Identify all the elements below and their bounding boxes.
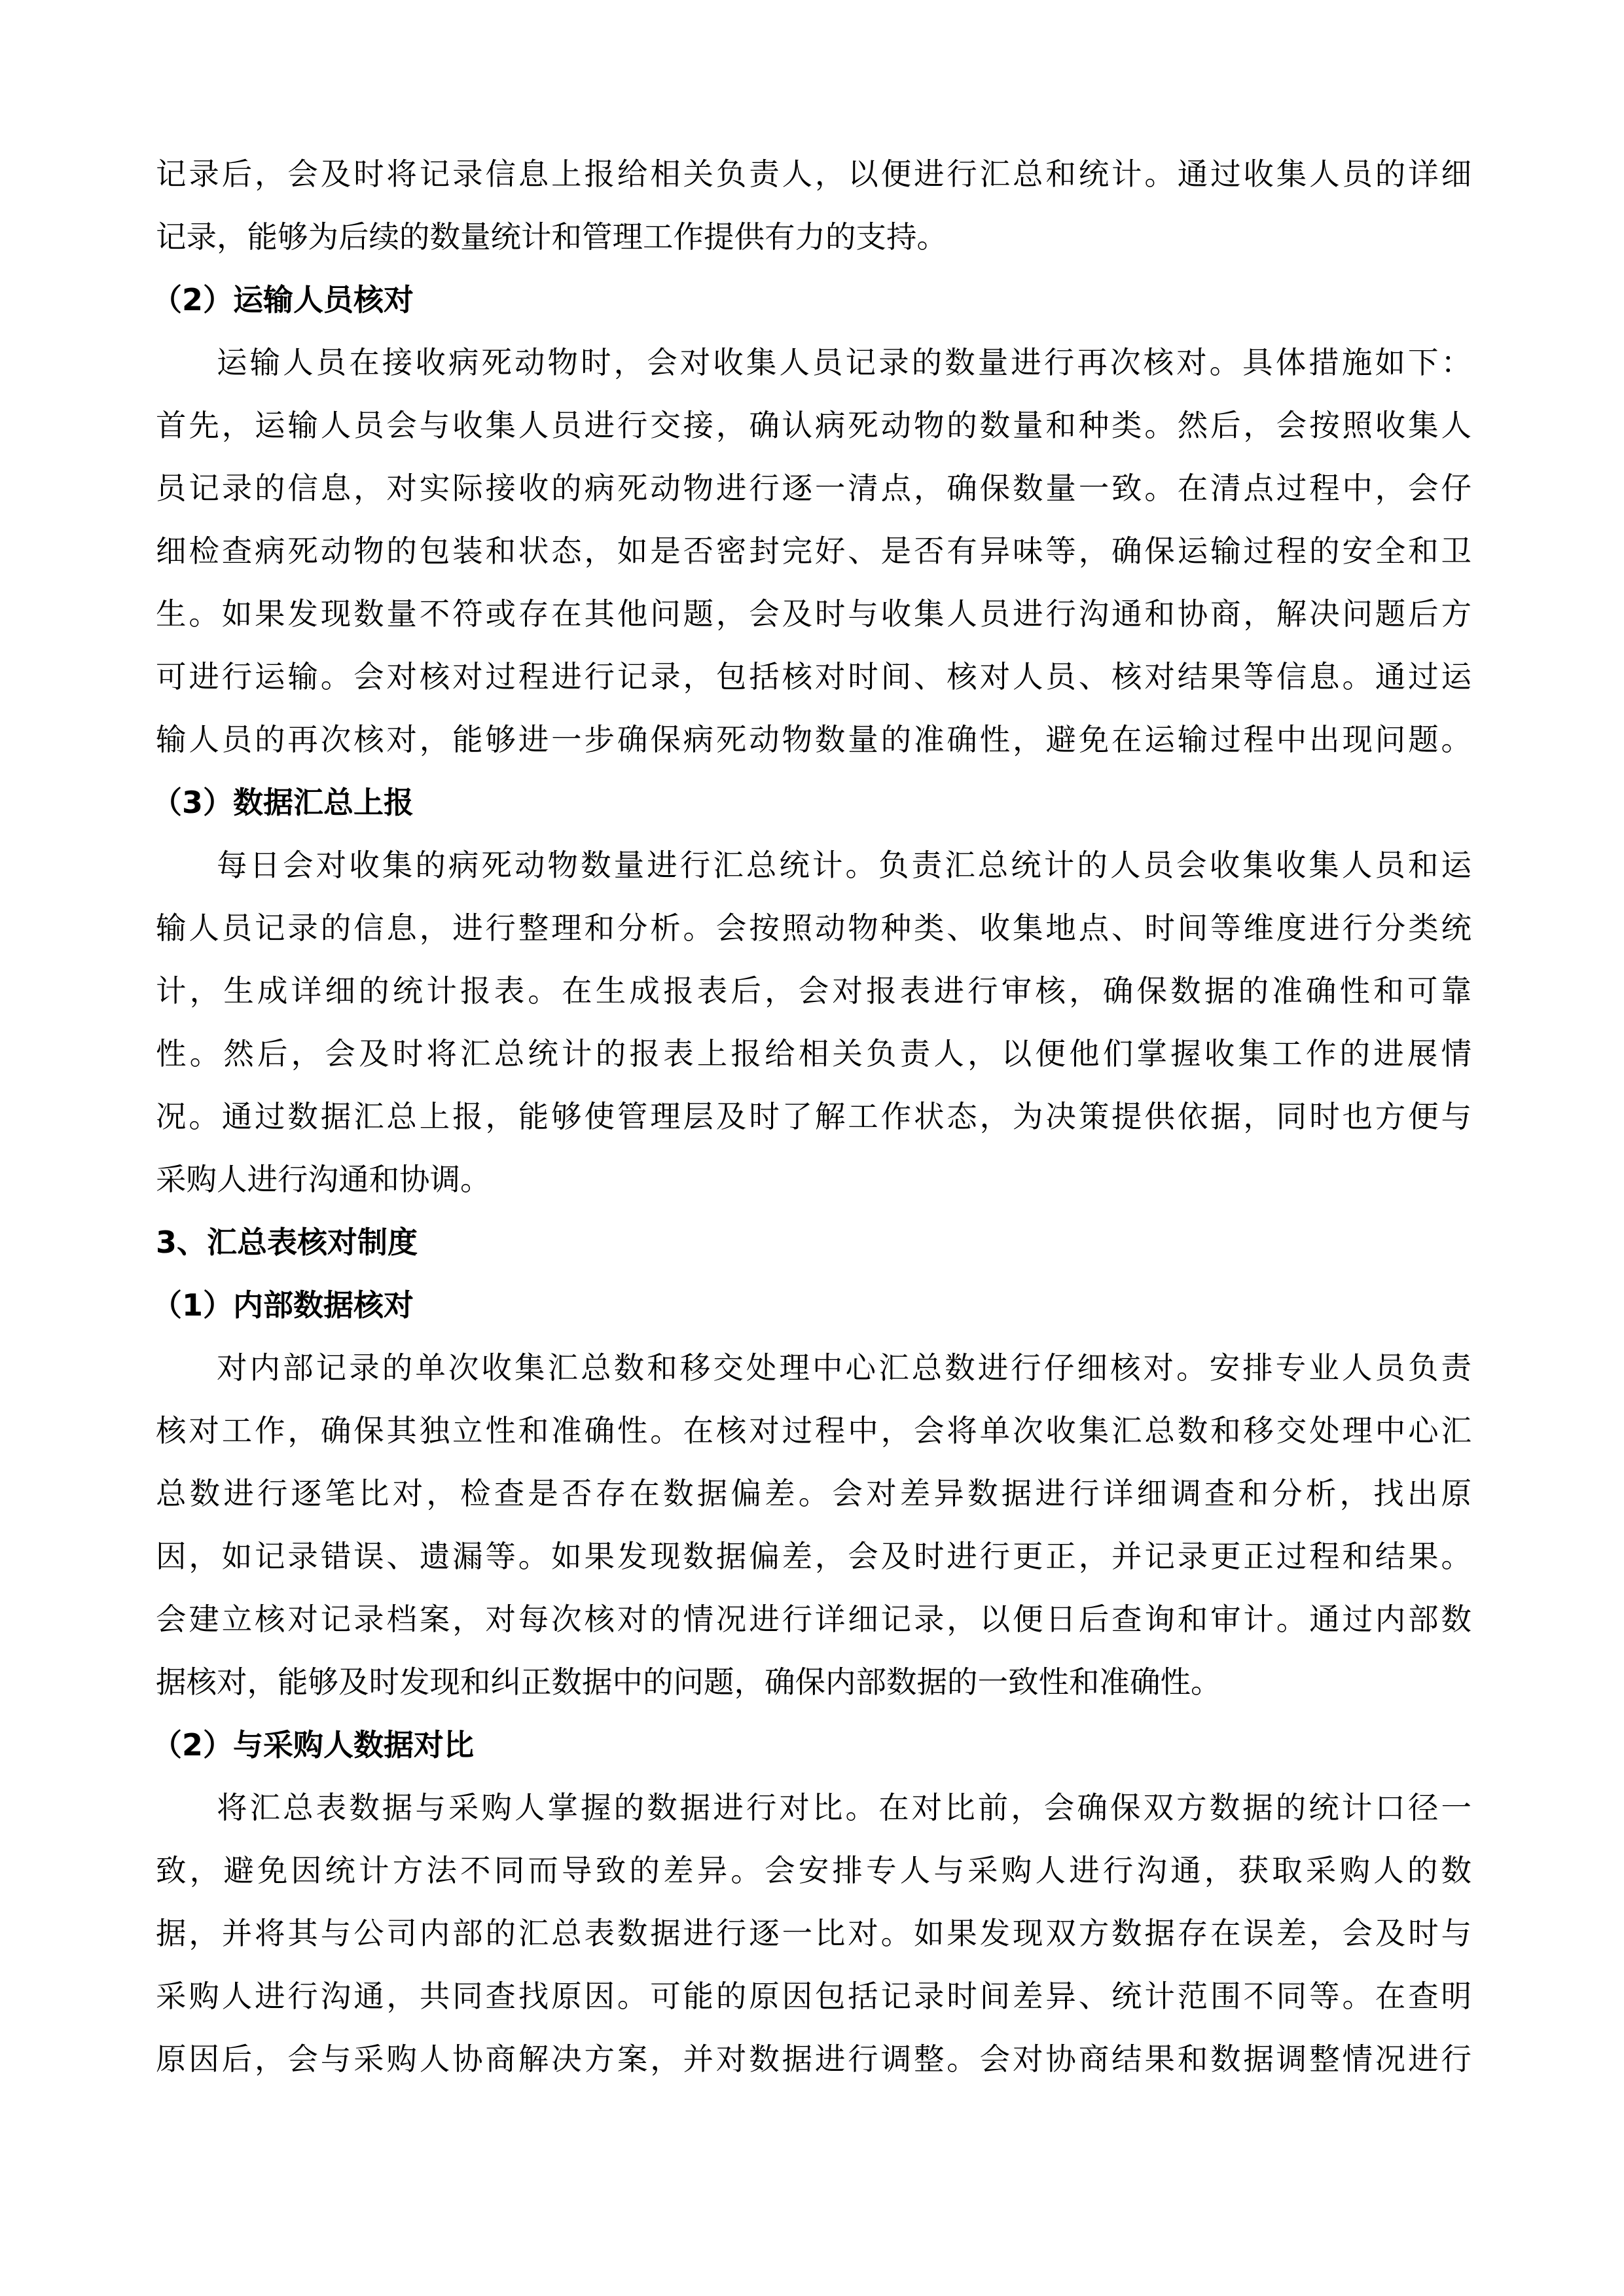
text-line: 原因后，会与采购人协商解决方案，并对数据进行调整。会对协商结果和数据调整情况进行 <box>156 2028 1471 2090</box>
subsection-heading-purchaser-compare: （2）与采购人数据对比 <box>152 1713 1471 1776</box>
text-line: 致，避免因统计方法不同而导致的差异。会安排专人与采购人进行沟通，获取采购人的数 <box>156 1839 1471 1902</box>
text-line: 据，并将其与公司内部的汇总表数据进行逐一比对。如果发现双方数据存在误差，会及时与 <box>156 1902 1471 1965</box>
text-line: 会建立核对记录档案，对每次核对的情况进行详细记录，以便日后查询和审计。通过内部数 <box>156 1588 1471 1651</box>
text-line: 运输人员在接收病死动物时，会对收集人员记录的数量进行再次核对。具体措施如下： <box>156 331 1471 394</box>
text-line: 核对工作，确保其独立性和准确性。在核对过程中，会将单次收集汇总数和移交处理中心汇 <box>156 1399 1471 1462</box>
paragraph-data-report: 每日会对收集的病死动物数量进行汇总统计。负责汇总统计的人员会收集收集人员和运 输… <box>156 834 1471 1211</box>
text-line: 首先，运输人员会与收集人员进行交接，确认病死动物的数量和种类。然后，会按照收集人 <box>156 394 1471 457</box>
subsection-heading-transport-check: （2）运输人员核对 <box>152 268 1471 331</box>
text-line: 输人员记录的信息，进行整理和分析。会按照动物种类、收集地点、时间等维度进行分类统 <box>156 897 1471 960</box>
text-line: 采购人进行沟通和协调。 <box>156 1148 1471 1211</box>
text-line: 可进行运输。会对核对过程进行记录，包括核对时间、核对人员、核对结果等信息。通过运 <box>156 645 1471 708</box>
subsection-heading-internal-check: （1）内部数据核对 <box>152 1274 1471 1336</box>
text-line: 生。如果发现数量不符或存在其他问题，会及时与收集人员进行沟通和协商，解决问题后方 <box>156 583 1471 645</box>
section-heading-summary-check-system: 3、汇总表核对制度 <box>156 1211 1471 1274</box>
document-page: 记录后，会及时将记录信息上报给相关负责人，以便进行汇总和统计。通过收集人员的详细… <box>156 143 1471 2090</box>
text-line: 记录，能够为后续的数量统计和管理工作提供有力的支持。 <box>156 206 1471 268</box>
text-line: 员记录的信息，对实际接收的病死动物进行逐一清点，确保数量一致。在清点过程中，会仔 <box>156 457 1471 520</box>
subsection-heading-data-report: （3）数据汇总上报 <box>152 771 1471 834</box>
text-line: 性。然后，会及时将汇总统计的报表上报给相关负责人，以便他们掌握收集工作的进展情 <box>156 1022 1471 1085</box>
text-line: 每日会对收集的病死动物数量进行汇总统计。负责汇总统计的人员会收集收集人员和运 <box>156 834 1471 897</box>
text-line: 采购人进行沟通，共同查找原因。可能的原因包括记录时间差异、统计范围不同等。在查明 <box>156 1965 1471 2028</box>
text-line: 因，如记录错误、遗漏等。如果发现数据偏差，会及时进行更正，并记录更正过程和结果。 <box>156 1525 1471 1588</box>
text-line: 对内部记录的单次收集汇总数和移交处理中心汇总数进行仔细核对。安排专业人员负责 <box>156 1336 1471 1399</box>
paragraph-transport-check: 运输人员在接收病死动物时，会对收集人员记录的数量进行再次核对。具体措施如下： 首… <box>156 331 1471 771</box>
paragraph-collector-record-continued: 记录后，会及时将记录信息上报给相关负责人，以便进行汇总和统计。通过收集人员的详细… <box>156 143 1471 268</box>
text-line: 将汇总表数据与采购人掌握的数据进行对比。在对比前，会确保双方数据的统计口径一 <box>156 1776 1471 1839</box>
paragraph-internal-check: 对内部记录的单次收集汇总数和移交处理中心汇总数进行仔细核对。安排专业人员负责 核… <box>156 1336 1471 1713</box>
text-line: 记录后，会及时将记录信息上报给相关负责人，以便进行汇总和统计。通过收集人员的详细 <box>156 143 1471 206</box>
text-line: 据核对，能够及时发现和纠正数据中的问题，确保内部数据的一致性和准确性。 <box>156 1651 1471 1713</box>
text-line: 细检查病死动物的包装和状态，如是否密封完好、是否有异味等，确保运输过程的安全和卫 <box>156 520 1471 583</box>
text-line: 计，生成详细的统计报表。在生成报表后，会对报表进行审核，确保数据的准确性和可靠 <box>156 960 1471 1022</box>
text-line: 总数进行逐笔比对，检查是否存在数据偏差。会对差异数据进行详细调查和分析，找出原 <box>156 1462 1471 1525</box>
text-line: 输人员的再次核对，能够进一步确保病死动物数量的准确性，避免在运输过程中出现问题。 <box>156 708 1471 771</box>
text-line: 况。通过数据汇总上报，能够使管理层及时了解工作状态，为决策提供依据，同时也方便与 <box>156 1085 1471 1148</box>
paragraph-purchaser-compare: 将汇总表数据与采购人掌握的数据进行对比。在对比前，会确保双方数据的统计口径一 致… <box>156 1776 1471 2090</box>
